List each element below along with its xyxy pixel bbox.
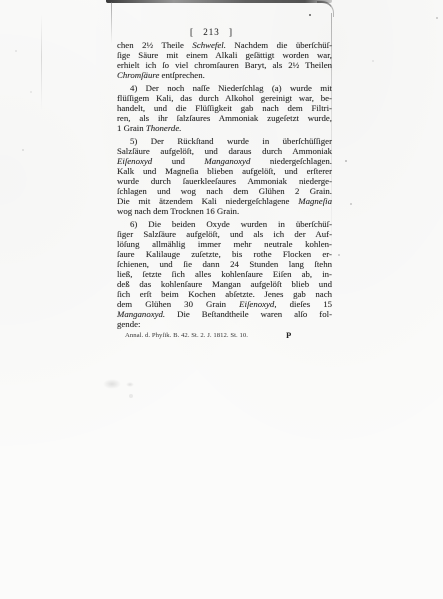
text-run: 4) Der noch naſſe Niederſchlag (a) wurde… [130,83,332,93]
italic-term: Eiſenoxyd [239,299,274,309]
text-run: erhielt ich ſo viel chromſauren Baryt, a… [117,60,332,70]
italic-term: Manganoxyd [204,156,250,166]
text-line: ſich erſt beim Kochen abſetzte. Jenes ga… [117,289,332,299]
paragraph: chen 2½ Theile Schwefel. Nachdem die übe… [117,40,332,80]
text-line: ließ, ſetzte ſich alles kohlenſaure Eiſe… [117,269,332,279]
text-line: wog nach dem Trocknen 16 Grain. [117,206,332,216]
text-run: , dieſes 15 [274,299,332,309]
text-run: ließ, ſetzte ſich alles kohlenſaure Eiſe… [117,269,332,279]
paper-crease [41,14,42,110]
text-line: Manganoxyd. Die Beſtandtheile waren alſo… [117,309,332,319]
text-run: löſung allmählig immer mehr neutrale koh… [117,239,332,249]
text-run: ren, als ihr ſalzſaures Ammoniak zugeſet… [117,113,332,123]
gathering-signature: P [286,330,291,340]
ink-specks [0,0,2,2]
paragraph: 5) Der Rückſtand wurde in überſchüſſiger… [117,136,332,216]
journal-imprint: Annal. d. Phyſik. B. 42. St. 2. J. 1812.… [125,332,248,339]
text-line: 4) Der noch naſſe Niederſchlag (a) wurde… [117,83,332,93]
text-run: Die Beſtandtheile waren alſo fol- [165,309,332,319]
italic-term: Thonerde. [146,123,182,133]
text-line: ſige Säure mit einem Alkali geſättigt wo… [117,50,332,60]
text-run: ſchienen, und ſie dann 24 Stunden lang ſ… [117,259,332,269]
text-run: 6) Die beiden Oxyde wurden in überſchüſ- [130,219,332,229]
text-line: löſung allmählig immer mehr neutrale koh… [117,239,332,249]
text-run: entſprechen. [159,70,204,80]
text-block: chen 2½ Theile Schwefel. Nachdem die übe… [117,40,332,329]
text-run: wog nach dem Trocknen 16 Grain. [117,206,239,216]
text-run: Kalk und Magneſia blieben aufgelöſt, und… [117,166,332,176]
text-run: handelt, und die Flüſſigkeit gab nach de… [117,103,332,113]
italic-term: Eiſenoxyd [117,156,152,166]
text-line: handelt, und die Flüſſigkeit gab nach de… [117,103,332,113]
italic-term: Schwefel. [192,40,225,50]
text-line: ſaure Kalilauge zuſetzte, bis rothe Floc… [117,249,332,259]
text-run: dem Glühen 30 Grain [117,299,239,309]
page-edge-left [111,2,112,44]
text-run: chen 2½ Theile [117,40,192,50]
text-run: ſchlagen und wog nach dem Glühen 2 Grain… [117,186,332,196]
text-line: ren, als ihr ſalzſaures Ammoniak zugeſet… [117,113,332,123]
text-run: Salzſäure aufgelöſt, und daraus durch Am… [117,146,332,156]
text-line: dem Glühen 30 Grain Eiſenoxyd, dieſes 15 [117,299,332,309]
text-run: 1 Grain [117,123,146,133]
text-run: gende: [117,319,140,329]
text-run: Die mit ätzendem Kali niedergeſchlagene [117,196,298,206]
text-line: deß das kohlenſaure Mangan aufgelöſt bli… [117,279,332,289]
text-run: ſich erſt beim Kochen abſetzte. Jenes ga… [117,289,332,299]
text-line: chen 2½ Theile Schwefel. Nachdem die übe… [117,40,332,50]
paragraph: 4) Der noch naſſe Niederſchlag (a) wurde… [117,83,332,133]
text-run: wurde durch ſauerkleeſaures Ammoniak nie… [117,176,332,186]
text-line: wurde durch ſauerkleeſaures Ammoniak nie… [117,176,332,186]
ink-smudge [126,382,134,387]
text-run: ſiger Salzſäure aufgelöſt, und als ich d… [117,229,332,239]
text-line: ſchienen, und ſie dann 24 Stunden lang ſ… [117,259,332,269]
italic-term: Chromſäure [117,70,159,80]
text-line: 1 Grain Thonerde. [117,123,332,133]
page-edge-top [106,0,332,3]
paragraph: 6) Die beiden Oxyde wurden in überſchüſ-… [117,219,332,329]
text-line: 6) Die beiden Oxyde wurden in überſchüſ- [117,219,332,229]
text-run: flüſſigem Kali, das durch Alkohol gerein… [117,93,332,103]
text-run: ſaure Kalilauge zuſetzte, bis rothe Floc… [117,249,332,259]
text-run: ſige Säure mit einem Alkali geſättigt wo… [117,50,332,60]
italic-term: Magneſia [298,196,332,206]
text-run: 5) Der Rückſtand wurde in überſchüſſiger [130,136,332,146]
text-line: ſiger Salzſäure aufgelöſt, und als ich d… [117,229,332,239]
text-run: niedergeſchlagen. [250,156,332,166]
text-line: flüſſigem Kali, das durch Alkohol gerein… [117,93,332,103]
text-line: Chromſäure entſprechen. [117,70,332,80]
ink-smudge [103,379,121,389]
text-run: deß das kohlenſaure Mangan aufgelöſt bli… [117,279,332,289]
text-line: Eiſenoxyd und Manganoxyd niedergeſchlage… [117,156,332,166]
text-line: ſchlagen und wog nach dem Glühen 2 Grain… [117,186,332,196]
text-line: Kalk und Magneſia blieben aufgelöſt, und… [117,166,332,176]
text-run: Nachdem die überſchüſ- [226,40,332,50]
text-line: gende: [117,319,332,329]
text-run: und [152,156,204,166]
text-line: erhielt ich ſo viel chromſauren Baryt, a… [117,60,332,70]
text-line: 5) Der Rückſtand wurde in überſchüſſiger [117,136,332,146]
page-footer: Annal. d. Phyſik. B. 42. St. 2. J. 1812.… [117,332,332,339]
text-line: Die mit ätzendem Kali niedergeſchlagene … [117,196,332,206]
italic-term: Manganoxyd. [117,309,165,319]
page-number: [ 213 ] [104,27,319,37]
text-line: Salzſäure aufgelöſt, und daraus durch Am… [117,146,332,156]
